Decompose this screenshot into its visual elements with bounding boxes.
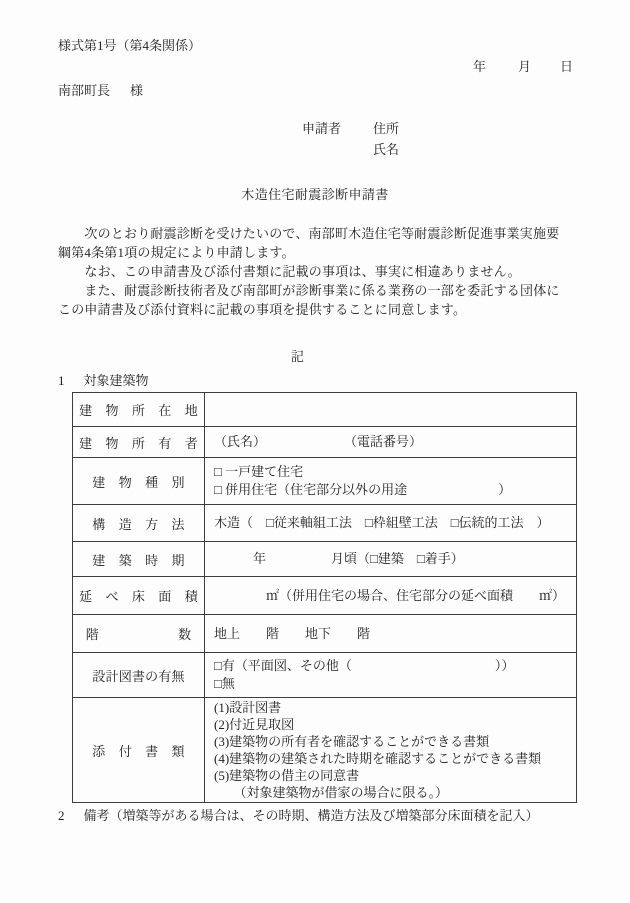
paragraph-2: なお、この申請書及び添付書類に記載の事項は、事実に相違ありません。 — [58, 262, 578, 281]
doc-title: 木造住宅耐震診断申請書 — [0, 187, 630, 202]
day-label: 日 — [560, 59, 573, 74]
name-label: 氏名 — [373, 142, 399, 157]
honorific: 様 — [130, 83, 143, 98]
floor-area-label: 延 べ 床 面 積 — [73, 577, 205, 615]
note-number: 2 — [58, 808, 65, 823]
design-drawings-label: 設計図書の有無 — [73, 653, 205, 698]
table-row: 添 付 書 類 (1)設計図書 (2)付近見取図 (3)建築物の所有者を確認する… — [73, 698, 577, 803]
table-row: 建 物 所 在 地 — [73, 393, 577, 427]
section-number: 1 — [58, 373, 65, 388]
note-text: 備考（増築等がある場合は、その時期、構造方法及び増築部分床面積を記入） — [84, 808, 539, 823]
table-row: 建 築 時 期 年 月頃（□建築 □着手） — [73, 542, 577, 577]
remarks-note: 2備考（増築等がある場合は、その時期、構造方法及び増築部分床面積を記入） — [58, 808, 539, 823]
paragraph-3: また、耐震診断技術者及び南部町が診断事業に係る業務の一部を委託する団体に この申… — [58, 281, 578, 319]
building-owner-value: （氏名） （電話番号） — [205, 427, 577, 458]
construction-period-value: 年 月頃（□建築 □着手） — [205, 542, 577, 577]
date-line: 年月日 — [473, 59, 573, 74]
building-type-label: 建 物 種 別 — [73, 458, 205, 505]
building-table: 建 物 所 在 地 建 物 所 有 者 （氏名） （電話番号） 建 物 種 別 … — [72, 392, 577, 803]
design-drawings-value: □有（平面図、その他（ ）） □無 — [205, 653, 577, 698]
building-location-label: 建 物 所 在 地 — [73, 393, 205, 427]
attached-documents-value: (1)設計図書 (2)付近見取図 (3)建築物の所有者を確認することができる書類… — [205, 698, 577, 803]
address-label: 住所 — [373, 121, 399, 136]
paragraph-1: 次のとおり耐震診断を受けたいので、南部町木造住宅等耐震診断促進事業実施要 綱第4… — [58, 224, 578, 262]
table-row: 構 造 方 法 木造（ □従来軸組工法 □枠組壁工法 □伝統的工法 ） — [73, 505, 577, 542]
section-1-heading: 1対象建築物 — [58, 373, 149, 388]
section-title: 対象建築物 — [84, 373, 149, 388]
table-row: 設計図書の有無 □有（平面図、その他（ ）） □無 — [73, 653, 577, 698]
table-row: 階 数 地上 階 地下 階 — [73, 615, 577, 653]
floors-count-value: 地上 階 地下 階 — [205, 615, 577, 653]
document-page: 様式第1号（第4条関係） 年月日 南部町長様 申請者 住所 氏名 木造住宅耐震診… — [0, 0, 630, 903]
attached-documents-label: 添 付 書 類 — [73, 698, 205, 803]
floors-count-label: 階 数 — [73, 615, 205, 653]
building-owner-label: 建 物 所 有 者 — [73, 427, 205, 458]
structure-method-label: 構 造 方 法 — [73, 505, 205, 542]
construction-period-label: 建 築 時 期 — [73, 542, 205, 577]
addressee: 南部町長 — [58, 83, 110, 98]
floor-area-value: ㎡（併用住宅の場合、住宅部分の延べ面積 ㎡） — [205, 577, 577, 615]
addressee-line: 南部町長様 — [58, 83, 143, 98]
building-type-value: □ 一戸建て住宅 □ 併用住宅（住宅部分以外の用途 ） — [205, 458, 577, 505]
structure-method-value: 木造（ □従来軸組工法 □枠組壁工法 □伝統的工法 ） — [205, 505, 577, 542]
ki-heading: 記 — [291, 349, 304, 364]
table-row: 建 物 種 別 □ 一戸建て住宅 □ 併用住宅（住宅部分以外の用途 ） — [73, 458, 577, 505]
form-number: 様式第1号（第4条関係） — [58, 38, 201, 53]
year-label: 年 — [473, 59, 486, 74]
building-location-value — [205, 393, 577, 427]
applicant-label: 申請者 — [302, 121, 341, 136]
table-row: 延 べ 床 面 積 ㎡（併用住宅の場合、住宅部分の延べ面積 ㎡） — [73, 577, 577, 615]
month-label: 月 — [518, 59, 531, 74]
table-row: 建 物 所 有 者 （氏名） （電話番号） — [73, 427, 577, 458]
